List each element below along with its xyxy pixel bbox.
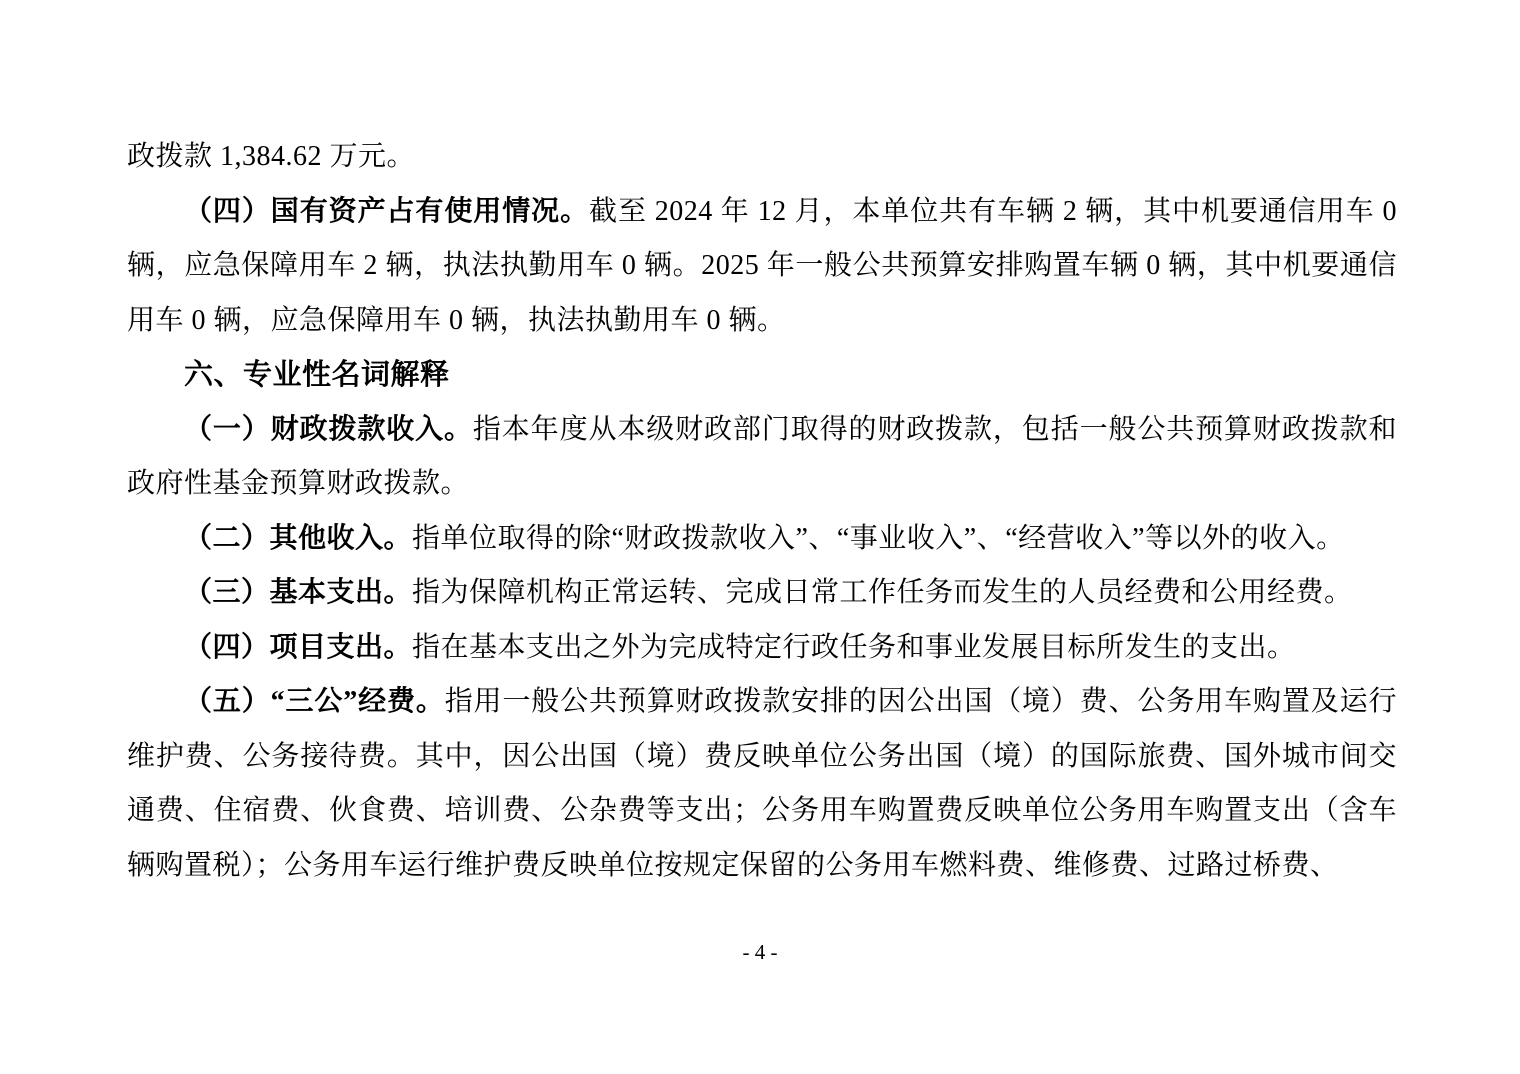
paragraph-basic-expenditure-lead: （三）基本支出。: [184, 577, 412, 608]
section-heading-terminology: 六、专业性名词解释: [127, 348, 1397, 403]
paragraph-other-income-lead: （二）其他收入。: [184, 523, 412, 554]
paragraph-three-public-funds: （五）“三公”经费。指用一般公共预算财政拨款安排的因公出国（境）费、公务用车购置…: [127, 675, 1397, 893]
paragraph-other-income: （二）其他收入。指单位取得的除“财政拨款收入”、“事业收入”、“经营收入”等以外…: [127, 512, 1397, 567]
paragraph-basic-expenditure-text: 指为保障机构正常运转、完成日常工作任务而发生的人员经费和公用经费。: [412, 577, 1353, 608]
paragraph-basic-expenditure: （三）基本支出。指为保障机构正常运转、完成日常工作任务而发生的人员经费和公用经费…: [127, 566, 1397, 621]
paragraph-other-income-text: 指单位取得的除“财政拨款收入”、“事业收入”、“经营收入”等以外的收入。: [412, 523, 1345, 554]
paragraph-project-expenditure-lead: （四）项目支出。: [184, 632, 412, 663]
paragraph-project-expenditure: （四）项目支出。指在基本支出之外为完成特定行政任务和事业发展目标所发生的支出。: [127, 621, 1397, 676]
paragraph-continuation-text: 政拨款 1,384.62 万元。: [127, 141, 415, 172]
paragraph-state-assets: （四）国有资产占有使用情况。截至 2024 年 12 月，本单位共有车辆 2 辆…: [127, 185, 1397, 349]
paragraph-state-assets-lead: （四）国有资产占有使用情况。: [184, 196, 589, 227]
paragraph-fiscal-appropriation-income: （一）财政拨款收入。指本年度从本级财政部门取得的财政拨款，包括一般公共预算财政拨…: [127, 403, 1397, 512]
paragraph-project-expenditure-text: 指在基本支出之外为完成特定行政任务和事业发展目标所发生的支出。: [412, 632, 1296, 663]
paragraph-three-public-funds-lead: （五）“三公”经费。: [184, 686, 445, 717]
paragraph-continuation: 政拨款 1,384.62 万元。: [127, 130, 1397, 185]
document-body: 政拨款 1,384.62 万元。 （四）国有资产占有使用情况。截至 2024 年…: [127, 130, 1397, 893]
paragraph-fiscal-appropriation-income-lead: （一）财政拨款收入。: [184, 414, 473, 445]
page-number: - 4 -: [0, 940, 1520, 965]
document-page: 政拨款 1,384.62 万元。 （四）国有资产占有使用情况。截至 2024 年…: [0, 0, 1520, 1074]
